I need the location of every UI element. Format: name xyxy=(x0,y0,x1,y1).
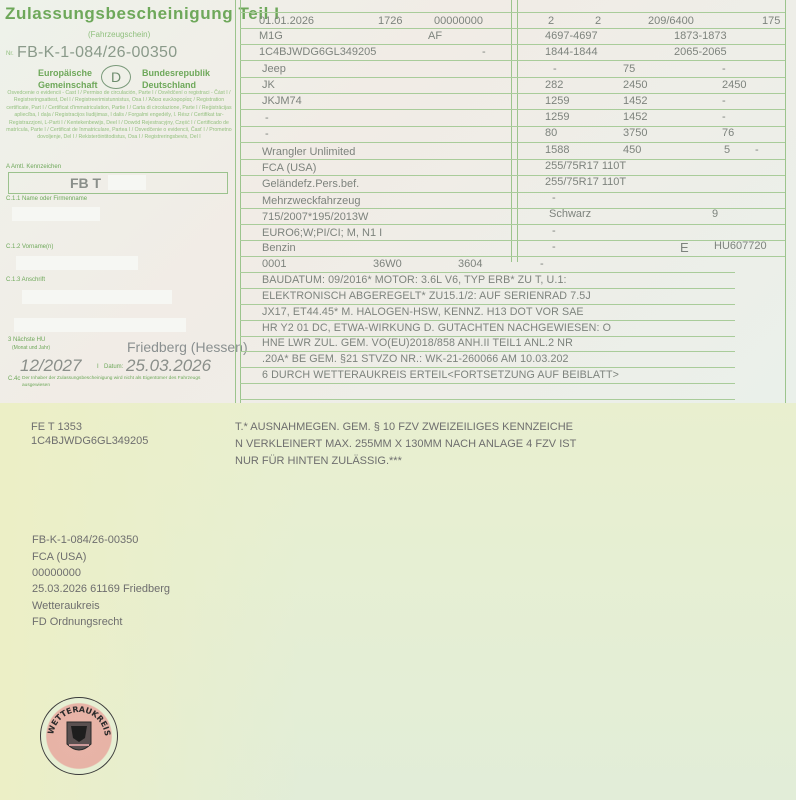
column-divider xyxy=(517,0,518,262)
field-d2-line3: - xyxy=(265,112,269,124)
eu-label-line2: Gemeinschaft xyxy=(38,80,98,90)
field-13: 75 xyxy=(623,63,635,75)
field-g: 2065-2065 xyxy=(674,46,727,58)
row-line xyxy=(240,175,785,176)
coat-of-arms-icon: WETTERAUKREIS xyxy=(41,698,117,774)
field-b: 01.01.2026 xyxy=(259,15,314,27)
row-line xyxy=(240,240,785,241)
field-6: - xyxy=(552,241,556,253)
row-line xyxy=(240,28,785,29)
field-2: FCA (USA) xyxy=(262,162,316,174)
row-line xyxy=(240,192,785,193)
field-15-1: 255/75R17 110T xyxy=(545,160,626,172)
field-u2: 3750 xyxy=(623,127,647,139)
field-s2: - xyxy=(755,144,759,156)
bottom-note-line: N VERKLEINERT MAX. 255MM X 130MM NACH AN… xyxy=(235,438,576,452)
field-k: - xyxy=(552,225,556,237)
row-line xyxy=(240,208,785,209)
field-15-2: 255/75R17 110T xyxy=(545,176,626,188)
field-10: 0001 xyxy=(262,258,286,270)
label-next-hu: 3 Nächste HU xyxy=(8,337,45,343)
redaction xyxy=(14,318,186,332)
field-8-3: - xyxy=(722,111,726,123)
column-divider xyxy=(511,0,512,262)
issuer-line: Wetteraukreis xyxy=(32,600,100,614)
column-divider xyxy=(235,0,236,403)
field-v7: 282 xyxy=(545,79,563,91)
column-divider xyxy=(785,0,786,403)
field-p3: Benzin xyxy=(262,242,296,254)
field-t: 175 xyxy=(762,15,780,27)
c4c-text: Der Inhaber der Zulassungsbescheinigung … xyxy=(22,376,222,389)
redaction xyxy=(108,175,146,190)
issuer-line: FB-K-1-084/26-00350 xyxy=(32,534,138,548)
country-code-oval: D xyxy=(101,65,131,89)
field-f1: 2450 xyxy=(623,79,647,91)
field-15-3: - xyxy=(552,192,556,204)
row-line xyxy=(240,304,735,305)
field-8-2: 1452 xyxy=(623,111,647,123)
next-hu-value: 12/2027 xyxy=(20,356,81,376)
field-7-2: 1452 xyxy=(623,95,647,107)
field-r-color: Schwarz xyxy=(549,208,591,220)
row-line xyxy=(240,93,785,94)
row-line xyxy=(240,288,735,289)
row-line xyxy=(240,367,735,368)
field-u1: 80 xyxy=(545,127,557,139)
remark-line: ELEKTRONISCH ABGEREGELT* ZU15.1/2: AUF S… xyxy=(262,290,591,302)
field-5-line1: Geländefz.Pers.bef. xyxy=(262,178,359,190)
row-line xyxy=(240,77,785,78)
doc-number-prefix: Nr. xyxy=(6,51,14,57)
doc-number: FB-K-1-084/26-00350 xyxy=(17,44,177,62)
row-line xyxy=(240,224,785,225)
issue-city: Friedberg (Hessen) xyxy=(127,339,248,355)
field-d3: Wrangler Unlimited xyxy=(262,146,355,158)
row-line xyxy=(240,351,735,352)
country-label-line1: Bundesrepublik xyxy=(142,68,210,78)
label-c12: C.1.2 Vorname(n) xyxy=(6,244,53,250)
field-2-2: 00000000 xyxy=(434,15,483,27)
field-p2-p4: 209/6400 xyxy=(648,15,694,27)
remark-line: BAUDATUM: 09/2016* MOTOR: 3.6L V6, TYP E… xyxy=(262,274,567,286)
field-8-1: 1259 xyxy=(545,111,569,123)
country-label: BundesrepublikDeutschland xyxy=(142,67,210,91)
field-o2: 450 xyxy=(623,144,641,156)
issuer-line: 00000000 xyxy=(32,567,81,581)
label-a: A Amtl. Kennzeichen xyxy=(6,164,61,170)
issue-date: 25.03.2026 xyxy=(126,356,211,376)
bottom-note-line: T.* AUSNAHMEGEN. GEM. § 10 FZV ZWEIZEILI… xyxy=(235,421,573,435)
bottom-plate: FE T 1353 xyxy=(31,421,82,435)
field-7-3: - xyxy=(722,95,726,107)
document-subtitle: (Fahrzeugschein) xyxy=(88,30,150,39)
field-11: 9 xyxy=(712,208,718,220)
bottom-note-line: NUR FÜR HINTEN ZULÄSSIG.*** xyxy=(235,455,402,469)
field-o1: 1588 xyxy=(545,144,569,156)
field-l: 2 xyxy=(548,15,554,27)
field-u3: 76 xyxy=(722,127,734,139)
row-line xyxy=(240,272,735,273)
official-seal: WETTERAUKREIS xyxy=(40,697,118,775)
redaction xyxy=(16,256,138,270)
multilingual-text: Osvedcenie o evidencii - Cast I / Permis… xyxy=(6,90,232,142)
document-title: Zulassungsbescheinigung Teil I xyxy=(5,4,280,24)
row-line xyxy=(240,126,785,127)
field-4: AF xyxy=(428,30,442,42)
field-16: HU607720 xyxy=(714,240,767,252)
field-19: 1873-1873 xyxy=(674,30,727,42)
remark-line: JX17, ET44.45* M. HALOGEN-HSW, KENNZ. H1… xyxy=(262,306,584,318)
field-9: 2 xyxy=(595,15,601,27)
redaction xyxy=(12,207,100,221)
row-line xyxy=(240,256,785,257)
label-date: Datum: xyxy=(104,364,123,370)
plate-value: FB T xyxy=(70,175,101,191)
remark-line: HR Y2 01 DC, ETWA-WIRKUNG D. GUTACHTEN N… xyxy=(262,322,611,334)
issuer-line: 25.03.2026 61169 Friedberg xyxy=(32,583,170,597)
field-17: E xyxy=(680,240,689,255)
remark-line: .20A* BE GEM. §21 STVZO NR.: WK-21-26006… xyxy=(262,353,569,365)
eu-label: EuropäischeGemeinschaft xyxy=(38,67,98,91)
remark-line: HNE LWR ZUL. GEM. VO(EU)2018/858 ANH.II … xyxy=(262,337,573,349)
field-q: - xyxy=(722,63,726,75)
field-s1: 5 xyxy=(724,144,730,156)
field-d2-line4: - xyxy=(265,128,269,140)
field-e-vin: 1C4BJWDG6GL349205 xyxy=(259,46,376,58)
remark-line: 6 DURCH WETTERAUKREIS ERTEIL<FORTSETZUNG… xyxy=(262,369,619,381)
field-2-1: 1726 xyxy=(378,15,402,27)
field-v9: 715/2007*195/2013W xyxy=(262,211,368,223)
row-line xyxy=(240,44,785,45)
label-next-hu-sub: (Monat und Jahr) xyxy=(12,345,50,351)
field-21: - xyxy=(540,258,544,270)
field-d2-line1: JK xyxy=(262,79,275,91)
row-line xyxy=(240,159,785,160)
field-d2-line2: JKJM74 xyxy=(262,95,302,107)
row-line xyxy=(240,383,735,384)
eu-label-line1: Europäische xyxy=(38,68,92,78)
field-14: EURO6;W;PI/CI; M, N1 I xyxy=(262,227,382,239)
field-20: 1844-1844 xyxy=(545,46,598,58)
field-14-1: 36W0 xyxy=(373,258,402,270)
bottom-vin: 1C4BJWDG6GL349205 xyxy=(31,435,148,449)
label-c4c: C.4c xyxy=(8,376,20,382)
row-line xyxy=(240,60,785,61)
row-line xyxy=(240,142,785,143)
issuer-line: FCA (USA) xyxy=(32,551,86,565)
label-c13: C.1.3 Anschrift xyxy=(6,277,45,283)
field-p1: 3604 xyxy=(458,258,482,270)
issuer-line: FD Ordnungsrecht xyxy=(32,616,122,630)
row-line xyxy=(240,12,785,13)
row-line xyxy=(240,320,735,321)
row-line xyxy=(240,109,785,110)
field-7-1: 1259 xyxy=(545,95,569,107)
redaction xyxy=(22,290,172,304)
field-f2: 2450 xyxy=(722,79,746,91)
field-d1: Jeep xyxy=(262,63,286,75)
country-label-line2: Deutschland xyxy=(142,80,196,90)
label-i: I xyxy=(97,364,99,370)
field-5-line2: Mehrzweckfahrzeug xyxy=(262,195,360,207)
field-12: - xyxy=(553,63,557,75)
field-3: - xyxy=(482,46,486,58)
row-line xyxy=(240,399,735,400)
field-18: 4697-4697 xyxy=(545,30,598,42)
field-j: M1G xyxy=(259,30,283,42)
label-c11: C.1.1 Name oder Firmenname xyxy=(6,196,87,202)
